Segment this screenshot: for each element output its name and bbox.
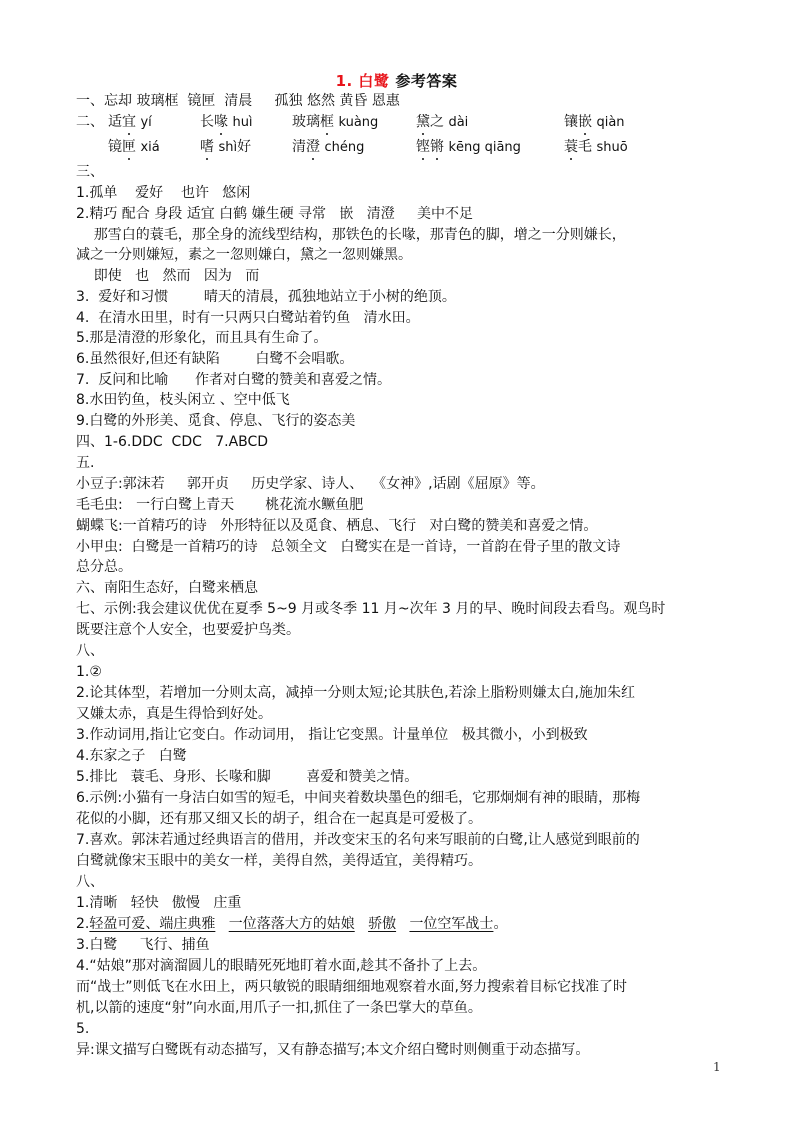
answer-line: 6.示例:小猫有一身洁白如雪的短毛，中间夹着数块墨色的细毛，它那炯炯有神的眼睛，… [76,788,640,808]
answer-line: 2.论其体型，若增加一分则太高，减掉一分则太短;论其肤色,若涂上脂粉则嫌太白,施… [76,683,635,703]
underlined-answer: 轻盈可爱、端庄典雅 [89,916,215,932]
section-1-text: 忘却 玻璃框 镜匣 清晨 孤独 悠然 黄昏 恩惠 [104,93,400,109]
pinyin-item: 铿锵 kēng qiāng [416,137,521,158]
pinyin-item: 玻璃框 kuàng [292,112,378,133]
answer-line: 1.孤单 爱好 也许 悠闲 [76,183,250,203]
answer-line: 6.虽然很好,但还有缺陷 白鹭不会唱歌。 [76,349,353,369]
answer-line: 3.白鹭 飞行、捕鱼 [76,935,210,955]
answer-line: 1.② [76,662,102,682]
underlined-answer: 一位落落大方的姑娘 [229,916,355,932]
answer-line: 2.精巧 配合 身段 适宜 白鹤 嫌生硬 寻常 嵌 清澄 美中不足 [76,204,473,224]
answer-line: 那雪白的蓑毛，那全身的流线型结构，那铁色的长喙，那青色的脚，增之一分则嫌长， [76,225,626,245]
answer-line: 1.清晰 轻快 傲慢 庄重 [76,893,241,913]
answer-line: 异:课文描写白鹭既有动态描写，又有静态描写;本文介绍白鹭时则侧重于动态描写。 [76,1040,589,1060]
answer-line: 既要注意个人安全，也要爱护鸟类。 [76,620,300,640]
document-page: 1. 白鹭参考答案 一、忘却 玻璃框 镜匣 清晨 孤独 悠然 黄昏 恩惠 二、 … [0,0,793,1122]
pinyin-item: 长喙 huì [200,112,253,133]
title-answer-key: 参考答案 [395,72,457,90]
pinyin-item: 镜匣 xiá [108,137,160,158]
section-8b-label: 八、 [76,872,104,892]
answer-line: 5.那是清澄的形象化，而且具有生命了。 [76,328,327,348]
pinyin-item: 清澄 chéng [292,137,364,158]
section-5-label: 五. [76,453,94,473]
underlined-answer-line: 2.轻盈可爱、端庄典雅 一位落落大方的姑娘 骄傲 一位空军战士。 [76,914,507,934]
answer-line: 毛毛虫: 一行白鹭上青天 桃花流水鳜鱼肥 [76,495,363,515]
answer-line: 8.水田钓鱼，枝头闲立 、空中低飞 [76,390,290,410]
answer-line: 9.白鹭的外形美、觅食、停息、飞行的姿态美 [76,411,355,431]
answer-line: 4.“姑娘”那对滴溜圆儿的眼睛死死地盯着水面,趁其不备扑了上去。 [76,956,486,976]
answer-line: 7.喜欢。郭沫若通过经典语言的借用，并改变宋玉的名句来写眼前的白鹭,让人感觉到眼… [76,830,640,850]
section-8a-label: 八、 [76,641,104,661]
answer-line: 小豆子:郭沫若 郭开贞 历史学家、诗人、 《女神》,话剧《屈原》等。 [76,474,545,494]
page-title: 1. 白鹭参考答案 [0,70,793,91]
answer-line: 又嫌太赤，真是生得恰到好处。 [76,704,272,724]
title-lesson: 1. 白鹭 [336,72,390,90]
section-1-line: 一、忘却 玻璃框 镜匣 清晨 孤独 悠然 黄昏 恩惠 [76,91,400,111]
answer-line: 总分总。 [76,557,132,577]
pinyin-item: 嗜 shì好 [200,137,251,158]
answer-line: 4.东家之子 白鹭 [76,746,187,766]
answer-line: 而“战士”则低飞在水田上，两只敏锐的眼睛细细地观察着水面,努力搜索着目标它找准了… [76,977,627,997]
answer-line: 蝴蝶飞:一首精巧的诗 外形特征以及觅食、栖息、飞行 对白鹭的赞美和喜爱之情。 [76,516,597,536]
pinyin-item: 适宜 yí [108,112,152,133]
section-2-label: 二、 [76,112,104,132]
pinyin-item: 黛之 dài [416,112,468,133]
section-1-label: 一、 [76,93,104,109]
answer-line: 小甲虫: 白鹭是一首精巧的诗 总领全文 白鹭实在是一首诗，一首韵在骨子里的散文诗 [76,537,620,557]
answer-line: 5.排比 蓑毛、身形、长喙和脚 喜爱和赞美之情。 [76,767,418,787]
section-6-line: 六、南阳生态好，白鹭来栖息 [76,578,258,598]
section-3-label: 三、 [76,162,104,182]
answer-line: 7. 反问和比喻 作者对白鹭的赞美和喜爱之情。 [76,370,391,390]
answer-line: 3.作动词用,指让它变白。作动词用， 指让它变黑。计量单位 极其微小，小到极致 [76,725,588,745]
answer-line: 花似的小脚，还有那又细又长的胡子，组合在一起真是可爱极了。 [76,809,482,829]
answer-line: 5. [76,1019,89,1039]
answer-line: 3. 爱好和习惯 晴天的清晨，孤独地站立于小树的绝顶。 [76,287,456,307]
answer-line: 4. 在清水田里，时有一只两只白鹭站着钓鱼 清水田。 [76,308,420,328]
section-7-line: 七、示例:我会建议优优在夏季 5~9 月或冬季 11 月~次年 3 月的早、晚时… [76,599,665,619]
answer-line: 机,以箭的速度“射”向水面,用爪子一扣,抓住了一条巴掌大的草鱼。 [76,998,482,1018]
page-number: 1 [713,1060,721,1074]
underlined-answer: 骄傲 [368,916,396,932]
underlined-answer: 一位空军战士 [409,916,493,932]
section-4-line: 四、1-6.DDC CDC 7.ABCD [76,432,268,452]
answer-line: 减之一分则嫌短，素之一忽则嫌白，黛之一忽则嫌黑。 [76,245,412,265]
pinyin-item: 蓑毛 shuō [564,137,628,158]
answer-line: 白鹭就像宋玉眼中的美女一样，美得自然，美得适宜，美得精巧。 [76,851,482,871]
answer-line: 即使 也 然而 因为 而 [76,266,259,286]
pinyin-item: 镶嵌 qiàn [564,112,625,133]
